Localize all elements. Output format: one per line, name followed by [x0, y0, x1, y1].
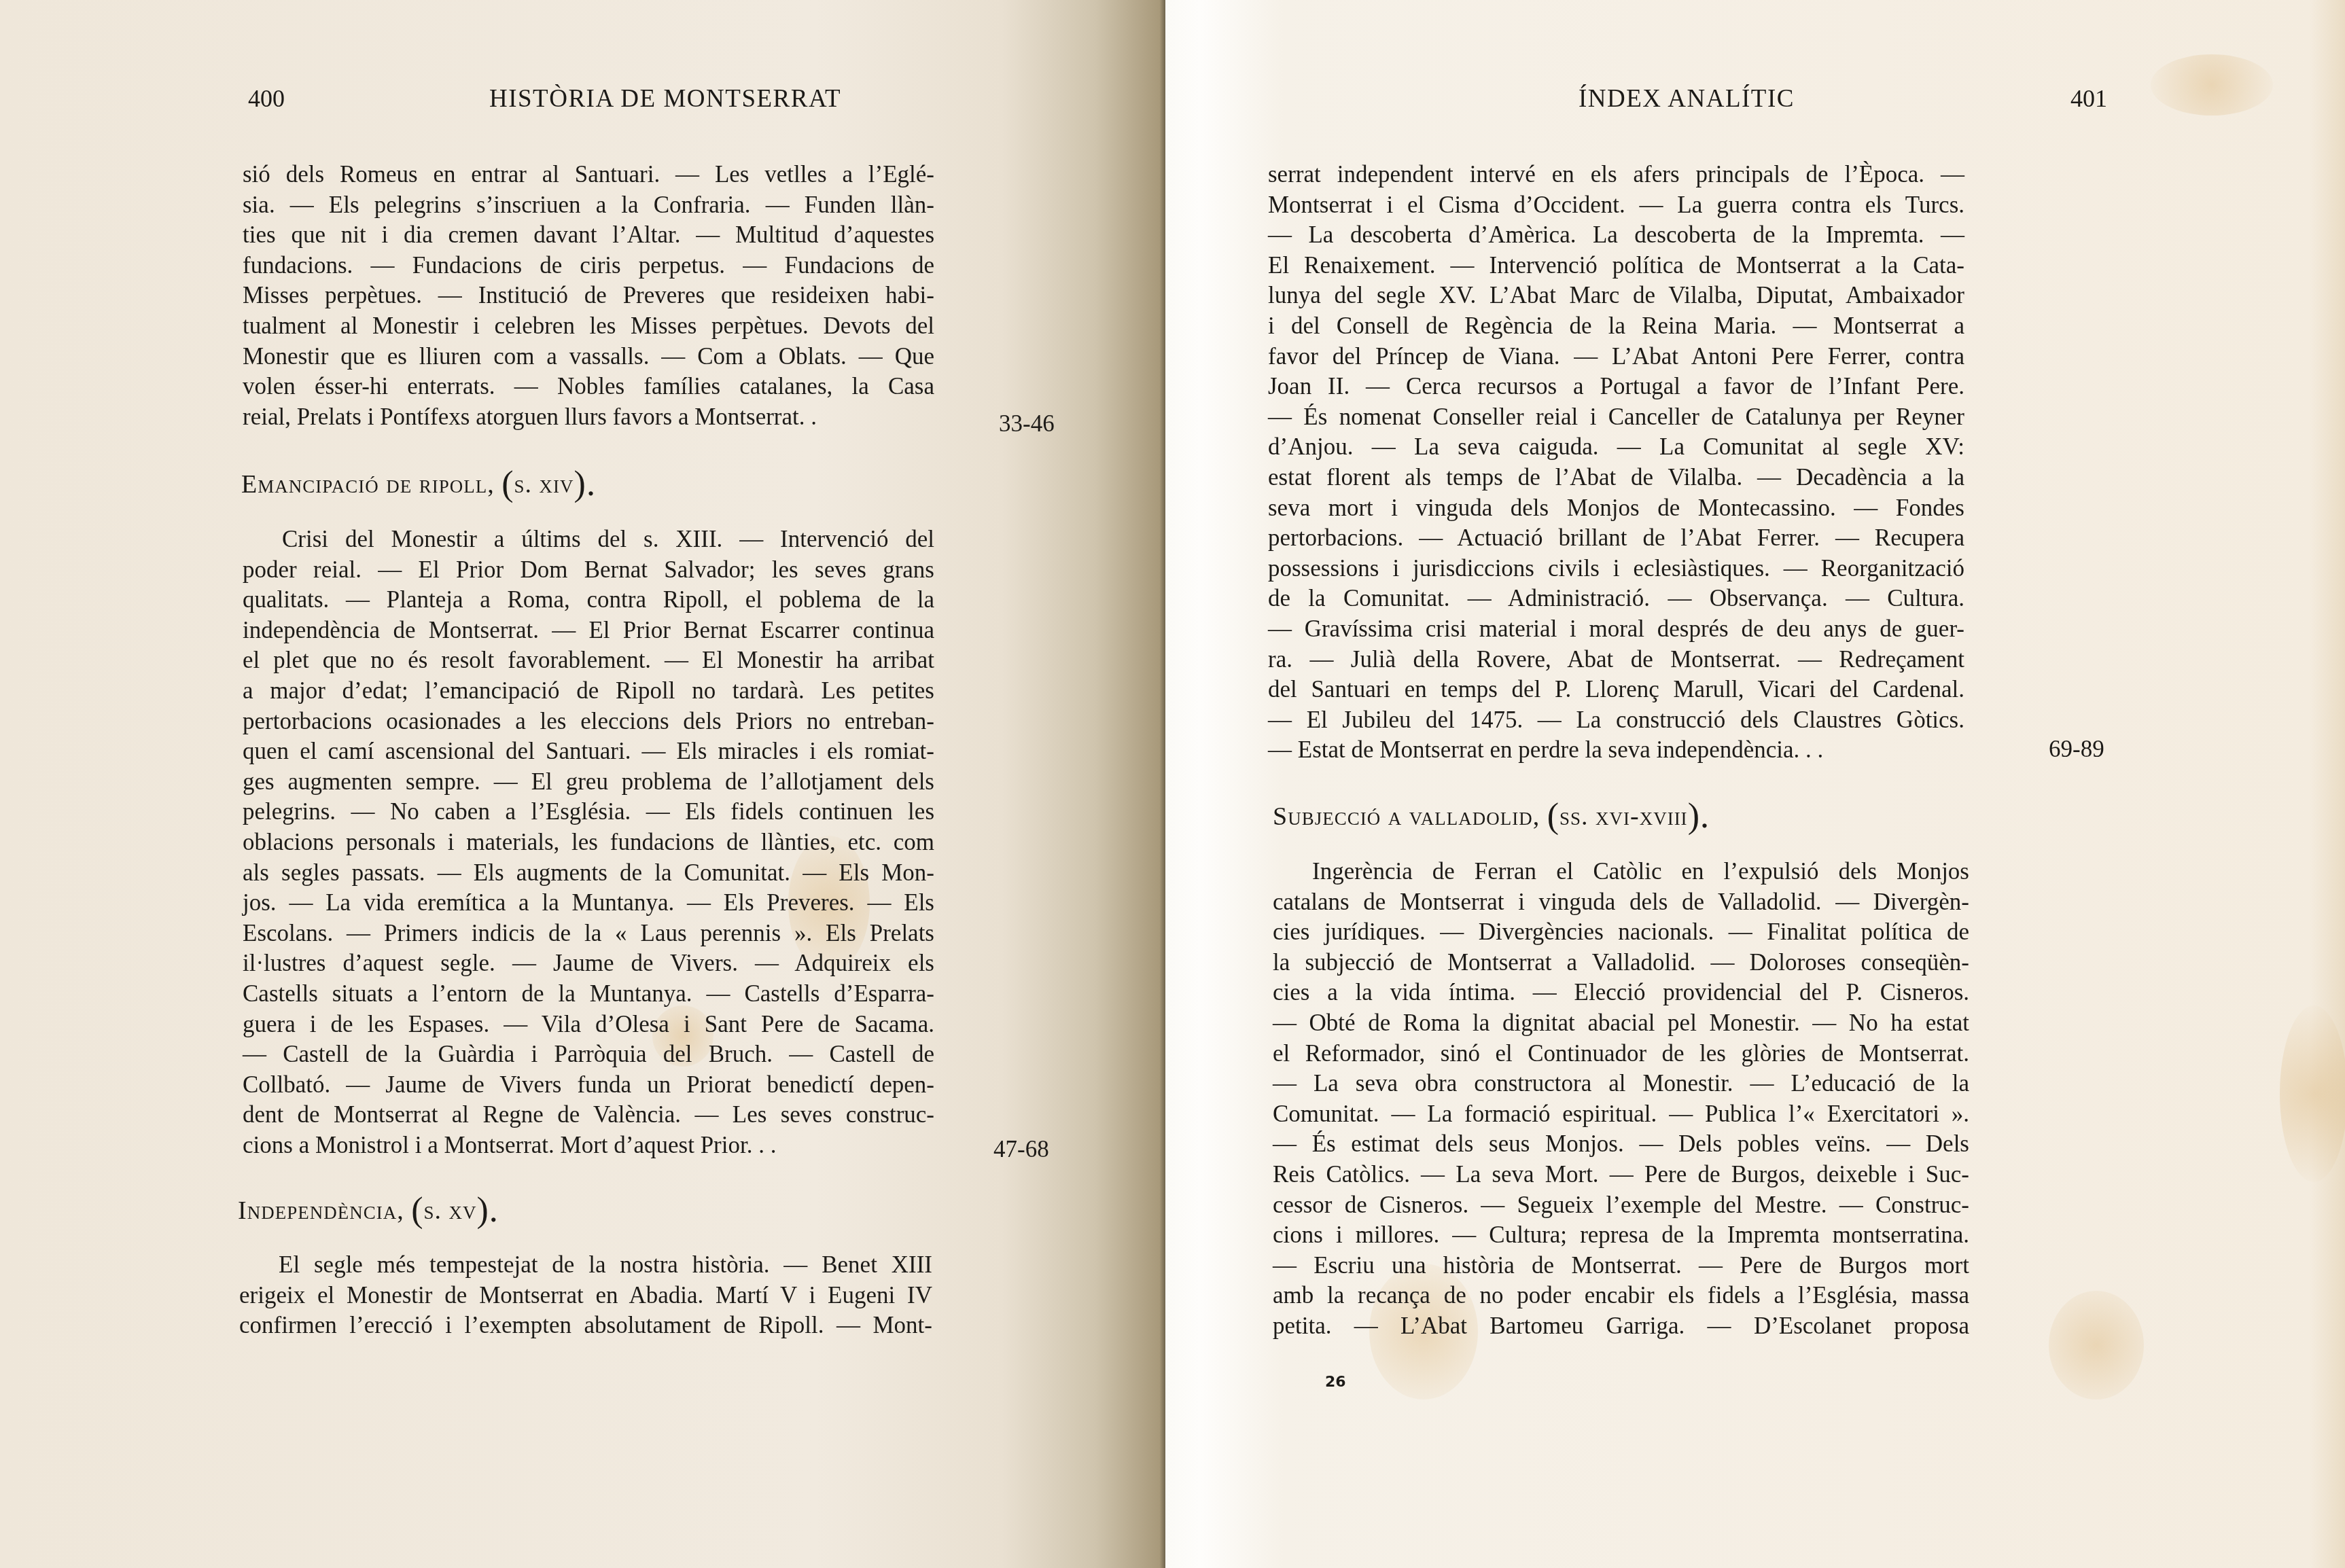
text-line: pertorbacions. — Actuació brillant de l’…	[1268, 523, 1964, 554]
text-line: — Gravíssima crisi material i moral desp…	[1268, 614, 1964, 645]
text-line: cies a la vida íntima. — Elecció provide…	[1273, 978, 1969, 1008]
text-line: erigeix el Monestir de Montserrat en Aba…	[239, 1281, 932, 1311]
text-line: sia. — Els pelegrins s’inscriuen a la Co…	[243, 190, 934, 221]
text-line: — Estat de Montserrat en perdre la seva …	[1268, 735, 1964, 766]
text-line: — Castell de la Guàrdia i Parròquia del …	[243, 1039, 934, 1070]
text-line: d’Anjou. — La seva caiguda. — La Comunit…	[1268, 432, 1964, 463]
text-line: Comunitat. — La formació espiritual. — P…	[1273, 1099, 1969, 1130]
text-line: — El Jubileu del 1475. — La construcció …	[1268, 705, 1964, 736]
page-number: 401	[2070, 84, 2107, 113]
page-range: 33-46	[999, 410, 1055, 438]
right-page: ÍNDEX ANALÍTIC 401 serrat independent in…	[1165, 0, 2345, 1568]
paren-open: (	[501, 465, 514, 503]
running-head: ÍNDEX ANALÍTIC	[1579, 84, 1795, 113]
page-number: 400	[248, 84, 285, 113]
text-line: favor del Príncep de Viana. — L’Abat Ant…	[1268, 342, 1964, 372]
text-line: Collbató. — Jaume de Vivers funda un Pri…	[243, 1070, 934, 1101]
text-line: — La descoberta d’Amèrica. La descoberta…	[1268, 220, 1964, 251]
text-line: ges augmenten sempre. — El greu problema…	[243, 767, 934, 798]
text-line: cions a Monistrol i a Montserrat. Mort d…	[243, 1130, 934, 1161]
signature-mark: 26	[1325, 1374, 1346, 1391]
text-line: catalans de Montserrat i vinguda dels de…	[1273, 887, 1969, 918]
text-line: quen el camí ascensional del Santuari. —…	[243, 736, 934, 767]
text-line: il·lustres d’aquest segle. — Jaume de Vi…	[243, 948, 934, 979]
text-line: fundacions. — Fundacions de ciris perpet…	[243, 251, 934, 281]
text-line: oblacions personals i materials, les fun…	[243, 827, 934, 858]
text-line: Montserrat i el Cisma d’Occident. — La g…	[1268, 190, 1964, 221]
text-line: a major d’edat; l’emancipació de Ripoll …	[243, 676, 934, 707]
page-range: 69-89	[2049, 736, 2104, 763]
text-line: El segle més tempestejat de la nostra hi…	[239, 1250, 932, 1281]
text-line: el plet que no és resolt favorablement. …	[243, 645, 934, 676]
text-line: el Reformador, sinó el Continuador de le…	[1273, 1039, 1969, 1069]
text-line: reial, Prelats i Pontífexs atorguen llur…	[243, 402, 934, 433]
running-head: HISTÒRIA DE MONTSERRAT	[489, 84, 841, 113]
section-body-subjeccio: Ingerència de Ferran el Catòlic en l’exp…	[1273, 857, 1969, 1342]
text-line: estat florent als temps de l’Abat de Vil…	[1268, 463, 1964, 493]
text-line: Monestir que es lliuren com a vassalls. …	[243, 342, 934, 372]
section-title: Subjecció a valladolid,	[1273, 802, 1540, 831]
text-line: serrat independent intervé en els afers …	[1268, 160, 1964, 190]
text-line: amb la recança de no poder encabir els f…	[1273, 1281, 1969, 1311]
text-line: volen ésser-hi enterrats. — Nobles famíl…	[243, 372, 934, 402]
section-body-independencia: El segle més tempestejat de la nostra hi…	[239, 1250, 932, 1341]
text-line: ra. — Julià della Rovere, Abat de Montse…	[1268, 645, 1964, 675]
paper-stain	[2151, 54, 2273, 115]
paren-open: (	[1547, 797, 1559, 836]
section-heading-emancipacio: Emancipació de ripoll, (s. xiv).	[241, 464, 596, 504]
left-page: 400 HISTÒRIA DE MONTSERRAT sió dels Rome…	[0, 0, 1165, 1568]
text-line: de la Comunitat. — Administració. — Obse…	[1268, 584, 1964, 614]
text-line: Escolans. — Primers indicis de la « Laus…	[243, 919, 934, 949]
continuation-text: sió dels Romeus en entrar al Santuari. —…	[243, 160, 934, 432]
text-line: independència de Montserrat. — El Prior …	[243, 616, 934, 646]
text-line: Ingerència de Ferran el Catòlic en l’exp…	[1273, 857, 1969, 887]
text-line: pelegrins. — No caben a l’Església. — El…	[243, 797, 934, 827]
text-line: — Escriu una història de Montserrat. — P…	[1273, 1251, 1969, 1281]
text-line: Crisi del Monestir a últims del s. XIII.…	[243, 524, 934, 555]
text-line: ties que nit i dia cremen davant l’Altar…	[243, 220, 934, 251]
text-line: seva mort i vinguda dels Monjos de Monte…	[1268, 493, 1964, 524]
paren-close: ).	[1688, 797, 1710, 836]
text-line: pertorbacions ocasionades a les eleccion…	[243, 707, 934, 737]
text-line: confirmen l’erecció i l’exempten absolut…	[239, 1311, 932, 1341]
text-line: als segles passats. — Els augments de la…	[243, 858, 934, 889]
text-line: qualitats. — Planteja a Roma, contra Rip…	[243, 585, 934, 616]
text-line: petita. — L’Abat Bartomeu Garriga. — D’E…	[1273, 1311, 1969, 1342]
paper-stain	[2280, 1005, 2345, 1182]
text-line: — És estimat dels seus Monjos. — Dels po…	[1273, 1129, 1969, 1160]
section-body-emancipacio: Crisi del Monestir a últims del s. XIII.…	[243, 524, 934, 1160]
text-line: cions i millores. — Cultura; represa de …	[1273, 1220, 1969, 1251]
text-line: tualment al Monestir i celebren les Miss…	[243, 311, 934, 342]
section-title: Independència,	[238, 1196, 404, 1225]
text-line: jos. — La vida eremítica a la Muntanya. …	[243, 888, 934, 919]
text-line: El Renaixement. — Intervenció política d…	[1268, 251, 1964, 281]
text-line: dent de Montserrat al Regne de València.…	[243, 1100, 934, 1130]
text-line: possessions i jurisdiccions civils i ecl…	[1268, 554, 1964, 584]
text-line: cessor de Cisneros. — Segueix l’exemple …	[1273, 1190, 1969, 1221]
page-range: 47-68	[993, 1136, 1049, 1163]
text-line: i del Consell de Regència de la Reina Ma…	[1268, 311, 1964, 342]
text-line: sió dels Romeus en entrar al Santuari. —…	[243, 160, 934, 190]
text-line: guera i de les Espases. — Vila d’Olesa i…	[243, 1010, 934, 1040]
text-line: — La seva obra constructora al Monestir.…	[1273, 1069, 1969, 1099]
section-period: s. xiv	[514, 470, 574, 499]
text-line: la subjecció de Montserrat a Valladolid.…	[1273, 948, 1969, 978]
continuation-text: serrat independent intervé en els afers …	[1268, 160, 1964, 766]
paren-close: ).	[574, 465, 596, 503]
section-heading-independencia: Independència, (s. xv).	[238, 1190, 499, 1230]
section-period: ss. xvi-xviii	[1559, 802, 1688, 831]
section-title: Emancipació de ripoll,	[241, 470, 495, 499]
text-line: del Santuari en temps del P. Llorenç Mar…	[1268, 675, 1964, 705]
section-heading-subjeccio: Subjecció a valladolid, (ss. xvi-xviii).	[1273, 796, 1710, 836]
text-line: Misses perpètues. — Institució de Prever…	[243, 281, 934, 311]
paren-open: (	[411, 1191, 423, 1230]
paper-stain	[2049, 1291, 2144, 1400]
section-period: s. xv	[423, 1196, 476, 1225]
text-line: — Obté de Roma la dignitat abacial pel M…	[1273, 1008, 1969, 1039]
text-line: lunya del segle XV. L’Abat Marc de Vilal…	[1268, 281, 1964, 311]
text-line: — És nomenat Conseller reial i Canceller…	[1268, 402, 1964, 433]
text-line: cies jurídiques. — Divergències nacional…	[1273, 917, 1969, 948]
paren-close: ).	[476, 1191, 498, 1230]
text-line: Castells situats a l’entorn de la Muntan…	[243, 979, 934, 1010]
text-line: Joan II. — Cerca recursos a Portugal a f…	[1268, 372, 1964, 402]
text-line: poder reial. — El Prior Dom Bernat Salva…	[243, 555, 934, 586]
text-line: Reis Catòlics. — La seva Mort. — Pere de…	[1273, 1160, 1969, 1190]
